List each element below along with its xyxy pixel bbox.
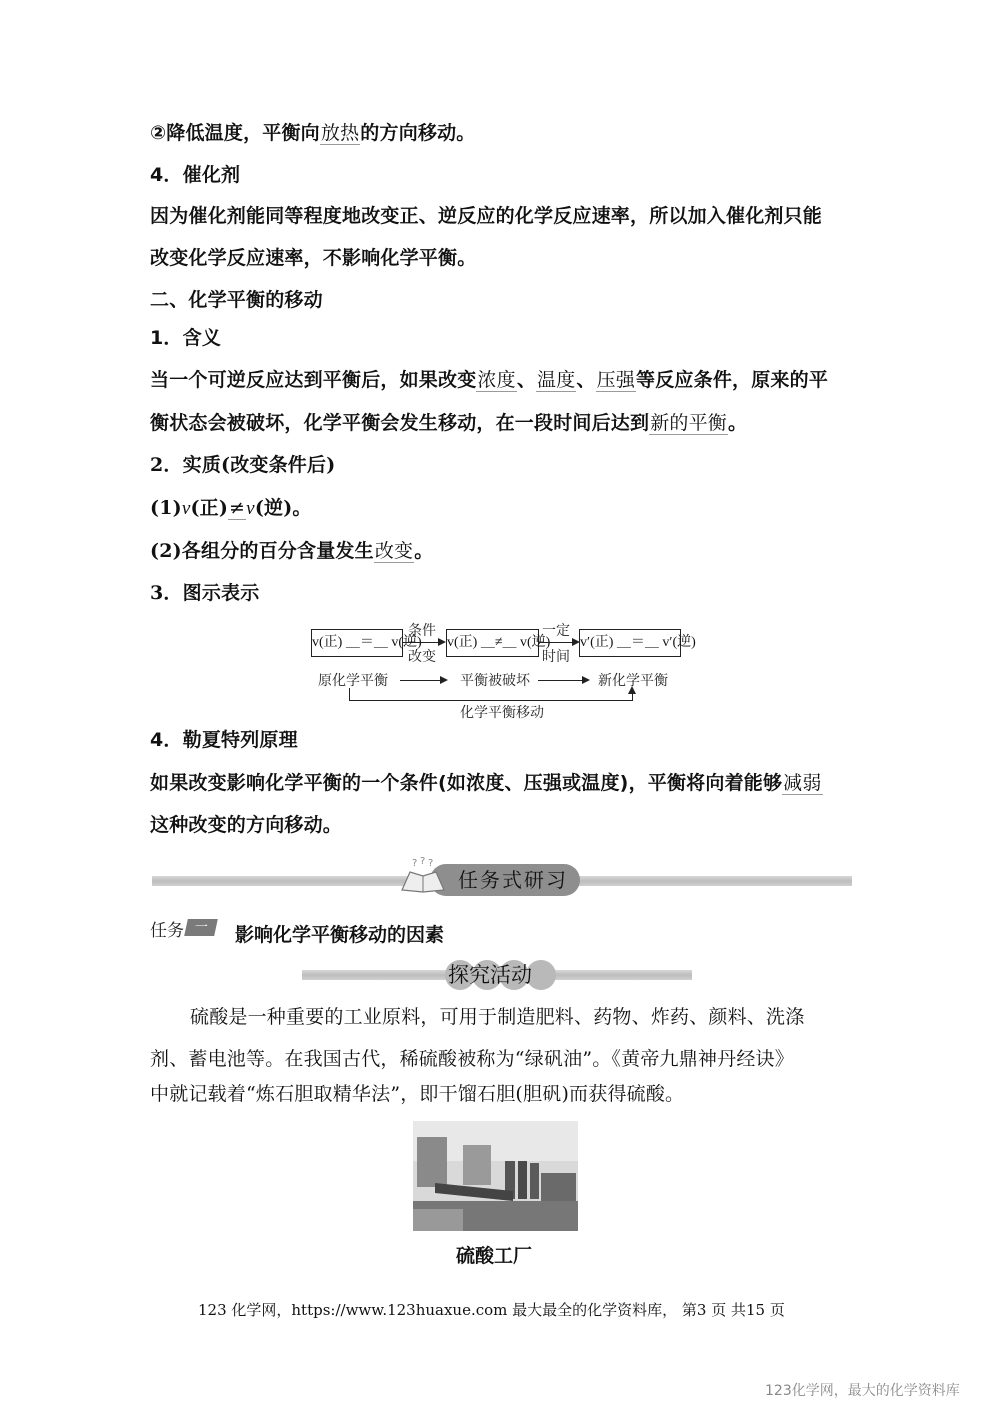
heading-catalyst: 4．催化剂 [150, 163, 240, 187]
shift-label: 化学平衡移动 [460, 702, 544, 722]
svg-text:?: ? [420, 856, 425, 867]
page-footer: 123 化学网，https://www.123huaxue.com 最大最全的化… [198, 1299, 785, 1320]
paragraph-meaning-2: 衡状态会被破坏，化学平衡会发生移动，在一段时间后达到新的平衡。 [150, 411, 747, 435]
state-original: 原化学平衡 [318, 670, 388, 690]
paragraph-meaning-1: 当一个可逆反应达到平衡后，如果改变浓度、温度、压强等反应条件，原来的平 [150, 368, 828, 392]
heading-le-chatelier: 4．勒夏特列原理 [150, 728, 298, 752]
text: 衡状态会被破坏，化学平衡会发生移动，在一段时间后达到 [150, 412, 649, 434]
factory-photo [413, 1121, 578, 1231]
arrow-line [538, 680, 582, 681]
heading-diagram: 3．图示表示 [150, 581, 259, 605]
answer-fill: 改变 [374, 540, 414, 563]
svg-text:?: ? [428, 858, 433, 869]
text: 。 [728, 412, 747, 434]
state-disrupted: 平衡被破坏 [460, 670, 530, 690]
text: 如果改变影响化学平衡的一个条件(如浓度、压强或温度)，平衡将向着能够 [150, 772, 782, 794]
paragraph-cooling: ②降低温度，平衡向放热的方向移动。 [150, 121, 476, 145]
arrow-label-top: 条件 [408, 620, 436, 640]
arrow-label-top: 一定 [542, 620, 570, 640]
text: (正) [190, 497, 228, 519]
text: 等反应条件，原来的平 [636, 369, 828, 391]
diagram-box-original: v(正) ＿＝＿ v(逆) [311, 629, 403, 657]
text: (2)各组分的百分含量发生 [150, 540, 374, 562]
arrow-line [538, 642, 572, 643]
heading-meaning: 1．含义 [150, 326, 221, 350]
text: (逆)。 [255, 497, 312, 519]
answer-fill: 温度 [536, 369, 576, 392]
arrow-right-icon [582, 676, 590, 684]
text: 、 [576, 369, 595, 391]
text: 当一个可逆反应达到平衡后，如果改变 [150, 369, 476, 391]
story-line-3: 中就记载着“炼石胆取精华法”，即干馏石胆(胆矾)而获得硫酸。 [150, 1082, 684, 1106]
story-line-1: 硫酸是一种重要的工业原料，可用于制造肥料、药物、炸药、颜料、洗涤 [190, 1005, 804, 1029]
char: 活 [490, 963, 511, 987]
text: 。 [414, 540, 433, 562]
heading-essence: 2．实质(改变条件后) [150, 453, 335, 477]
text: (1) [150, 497, 182, 519]
char: 动 [511, 963, 532, 987]
text: 的方向移动。 [360, 122, 475, 144]
answer-fill: 减弱 [782, 772, 822, 795]
answer-fill: 放热 [320, 122, 360, 145]
connector [349, 700, 633, 701]
essence-item-2: (2)各组分的百分含量发生改变。 [150, 539, 433, 563]
arrow-line [400, 680, 440, 681]
char: 探 [448, 963, 469, 987]
answer-fill: 浓度 [476, 369, 516, 392]
text: ②降低温度，平衡向 [150, 122, 320, 144]
paragraph-catalyst-2: 改变化学反应速率，不影响化学平衡。 [150, 246, 476, 270]
answer-fill: 压强 [596, 369, 636, 392]
book-question-icon: ??? [398, 856, 448, 896]
svg-text:?: ? [412, 858, 417, 869]
diagram-box-new: v′(正) ＿＝＿ v′(逆) [579, 629, 681, 657]
arrow-line [402, 642, 438, 643]
story-line-2: 剂、蓄电池等。在我国古代，稀硫酸被称为“绿矾油”。《黄帝九鼎神丹经诀》 [150, 1047, 794, 1071]
banner-title: 任务式研习 [458, 866, 568, 894]
task-number-badge: 一 [184, 919, 218, 936]
paragraph-le-chatelier-2: 这种改变的方向移动。 [150, 813, 342, 837]
diagram-box-disrupted: v(正) ＿≠＿ v(逆) [446, 629, 539, 657]
task-title: 影响化学平衡移动的因素 [235, 920, 444, 947]
arrow-up-icon [628, 686, 636, 694]
answer-fill: ≠ [228, 497, 246, 520]
arrow-label-bottom: 时间 [542, 646, 570, 666]
section-title: 二、化学平衡的移动 [150, 288, 323, 312]
watermark: 123化学网，最大的化学资料库 [765, 1380, 960, 1400]
velocity-symbol: v [246, 498, 255, 519]
figure-caption: 硫酸工厂 [456, 1241, 532, 1268]
banner-title: 探究活动 [448, 962, 532, 988]
answer-fill: 新的平衡 [649, 412, 728, 435]
char: 究 [469, 963, 490, 987]
paragraph-catalyst-1: 因为催化剂能同等程度地改变正、逆反应的化学反应速率，所以加入催化剂只能 [150, 204, 822, 228]
arrow-right-icon [440, 676, 448, 684]
arrow-label-bottom: 改变 [408, 646, 436, 666]
arrow-right-icon [438, 638, 446, 646]
connector [349, 688, 350, 700]
paragraph-le-chatelier-1: 如果改变影响化学平衡的一个条件(如浓度、压强或温度)，平衡将向着能够减弱 [150, 771, 823, 795]
essence-item-1: (1)v(正)≠v(逆)。 [150, 496, 312, 521]
task-label: 任务 [150, 916, 184, 941]
text: 、 [517, 369, 536, 391]
